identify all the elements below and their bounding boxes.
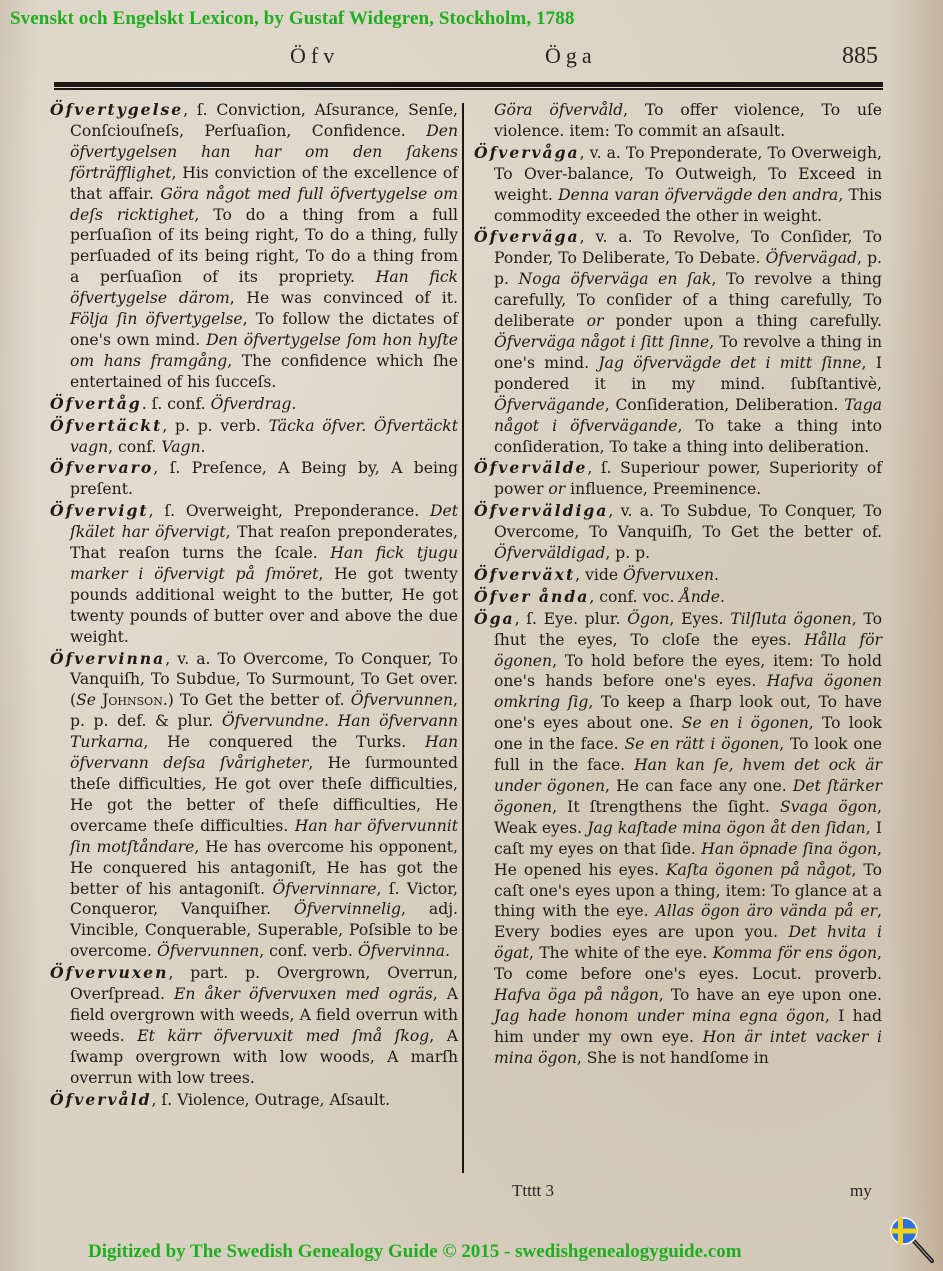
entry-definition: , conf. voc. [589, 588, 679, 606]
left-column: Öfvertygelse, ſ. Conviction, Aſsurance, … [50, 100, 458, 1112]
english-translation: , The white of the eye. [529, 944, 713, 962]
dictionary-entry: Göra öfvervåld, To offer violence, To uſ… [474, 100, 882, 142]
swedish-example: Denna varan öfvervägde den andra [558, 186, 838, 204]
english-translation: influence, Preeminence. [565, 480, 761, 498]
english-translation: ) To Get the better of. [168, 691, 351, 709]
entry-headword: Öfvertåg [50, 394, 142, 413]
swedish-example: Allas ögon äro vända på er [655, 902, 877, 920]
swedish-example: or [548, 480, 565, 498]
english-translation: , conf. [108, 438, 161, 456]
entry-headword: Öfver ånda [474, 587, 589, 606]
swedish-example: Se en rätt i ögonen [624, 735, 779, 753]
swedish-example: Öfvervägande [494, 396, 605, 414]
swedish-example: Hafva öga på någon [494, 986, 659, 1004]
swedish-example: Kaſta ögonen på något [666, 861, 852, 879]
dictionary-entry: Öfverväxt, vide Öfvervuxen. [474, 565, 882, 586]
entry-definition: , p. p. verb. [162, 417, 268, 435]
swedish-example: Han öpnade ſina ögon [701, 840, 877, 858]
right-column: Göra öfvervåld, To offer violence, To uſ… [474, 100, 882, 1070]
entry-headword: Öfvervigt [50, 501, 149, 520]
swedish-example: Öfvervinnare [273, 880, 377, 898]
swedish-example: Tilſluta ögonen [730, 610, 852, 628]
dictionary-entry: Öfvervigt, ſ. Overweight, Preponderance.… [50, 501, 458, 647]
swedish-example: Öfvervinnelig [294, 900, 401, 918]
swedish-example: Et kärr öfvervuxit med ſmå ſkog [137, 1027, 429, 1045]
english-translation: , Eyes. [669, 610, 730, 628]
watermark-credit: Digitized by The Swedish Genealogy Guide… [88, 1241, 742, 1263]
swedish-example: Se en i ögonen [682, 714, 809, 732]
catchword: my [850, 1181, 872, 1201]
running-head: Öfv Öga 885 [0, 43, 943, 73]
swedish-example: Ögon [627, 610, 669, 628]
dictionary-entry: Öfvertäckt, p. p. verb. Täcka öfver. Öfv… [50, 416, 458, 458]
swedish-example: En åker öfvervuxen med ogräs [174, 985, 433, 1003]
dictionary-entry: Öfvertåg. ſ. conf. Öfverdrag. [50, 394, 458, 415]
dictionary-entry: Öfvertygelse, ſ. Conviction, Aſsurance, … [50, 100, 458, 393]
swedish-example: or [587, 312, 604, 330]
english-translation: . [714, 566, 719, 584]
swedish-example: Öfverväldigad [494, 544, 605, 562]
swedish-example: Öfvervägad [766, 249, 857, 267]
swedish-example: Följa ſin öfvertygelse [70, 310, 243, 328]
entry-headword: Öfvervinna [50, 649, 165, 668]
swedish-example: Noga öfverväga en ſak [519, 270, 712, 288]
dictionary-entry: Öfvervuxen, part. p. Overgrown, Overrun,… [50, 963, 458, 1088]
entry-headword: Öfverväldiga [474, 501, 608, 520]
entry-headword: Öfvertäckt [50, 416, 162, 435]
entry-headword: Öga [474, 609, 515, 628]
swedish-flag-magnifier-icon[interactable] [888, 1215, 938, 1265]
dictionary-entry: Öfvervinna, v. a. To Overcome, To Conque… [50, 649, 458, 963]
entry-headword: Öfvervaro [50, 458, 153, 477]
swedish-example: Ånde [679, 588, 720, 606]
swedish-example: Jag kaſtade mina ögon åt den ſidan [587, 819, 865, 837]
dictionary-entry: Öfvervaro, ſ. Preſence, A Being by, A be… [50, 458, 458, 500]
english-translation: , p. p. [605, 544, 650, 562]
english-translation: , He can face any one. [605, 777, 793, 795]
swedish-example: Öfverdrag [211, 395, 292, 413]
english-translation: . [445, 942, 450, 960]
swedish-example: Öfvervinna [358, 942, 445, 960]
entry-definition: , ſ. Eye. plur. [515, 610, 628, 628]
entry-headword: Öfvertygelse [50, 100, 183, 119]
watermark-title: Svenskt och Engelskt Lexicon, by Gustaf … [10, 8, 574, 30]
entry-headword: Öfvervåga [474, 143, 580, 162]
english-translation: , Conſideration, Deliberation. [605, 396, 845, 414]
swedish-example: Vagn [161, 438, 200, 456]
english-translation: . [720, 588, 725, 606]
english-translation: ponder upon a thing carefully. [604, 312, 882, 330]
signature-mark: Ttttt 3 [512, 1181, 554, 1201]
entry-headword: Öfvervuxen [50, 963, 168, 982]
english-translation: , He was convinced of it. [230, 289, 458, 307]
english-translation: , He conquered the Turks. [143, 733, 425, 751]
entry-definition: . ſ. conf. [142, 395, 211, 413]
entry-headword: Öfverväxt [474, 565, 575, 584]
dictionary-entry: Öfver ånda, conf. voc. Ånde. [474, 587, 882, 608]
english-translation: . [291, 395, 296, 413]
swedish-example: Jag öfvervägde det i mitt ſinne [598, 354, 861, 372]
page-number: 885 [842, 43, 878, 70]
column-divider [462, 103, 464, 1173]
entry-headword: Öfvervälde [474, 458, 587, 477]
entry-headword: Öfverväga [474, 227, 580, 246]
english-translation: , It ſtrengthens the ſight. [552, 798, 780, 816]
dictionary-entry: Öfvervåld, ſ. Violence, Outrage, Aſsault… [50, 1090, 458, 1111]
running-head-left: Öfv [290, 43, 339, 69]
english-translation: , To have an eye upon one. [659, 986, 882, 1004]
dictionary-entry: Öfverväldiga, v. a. To Subdue, To Conque… [474, 501, 882, 564]
dictionary-entry: Öfvervåga, v. a. To Preponderate, To Ove… [474, 143, 882, 227]
swedish-example: Öfverväga något i ſitt ſinne [494, 333, 709, 351]
swedish-example: Öfvervuxen [623, 566, 714, 584]
running-head-center: Öga [545, 43, 597, 69]
swedish-example: Se [76, 691, 96, 709]
entry-definition: , vide [575, 566, 623, 584]
english-translation: , conf. verb. [259, 942, 358, 960]
swedish-example: Göra öfvervåld [494, 101, 623, 119]
english-translation: . [201, 438, 206, 456]
english-translation: , She is not handſome in [577, 1049, 769, 1067]
entry-definition: , ſ. Overweight, Preponderance. [149, 502, 430, 520]
swedish-example: Öfvervunnen [351, 691, 453, 709]
entry-definition: , ſ. Violence, Outrage, Aſsault. [151, 1091, 390, 1109]
swedish-example: Svaga ögon [780, 798, 877, 816]
dictionary-entry: Öfvervälde, ſ. Superiour power, Superior… [474, 458, 882, 500]
reference-name: Johnson. [96, 691, 168, 709]
swedish-example: Öfvervunnen [157, 942, 259, 960]
swedish-example: Komma för ens ögon [713, 944, 877, 962]
swedish-example: Jag hade honom under mina egna ögon [494, 1007, 825, 1025]
dictionary-entry: Öga, ſ. Eye. plur. Ögon, Eyes. Tilſluta … [474, 609, 882, 1069]
dictionary-entry: Öfverväga, v. a. To Revolve, To Conſider… [474, 227, 882, 457]
entry-headword: Öfvervåld [50, 1090, 151, 1109]
header-double-rule [54, 82, 883, 90]
